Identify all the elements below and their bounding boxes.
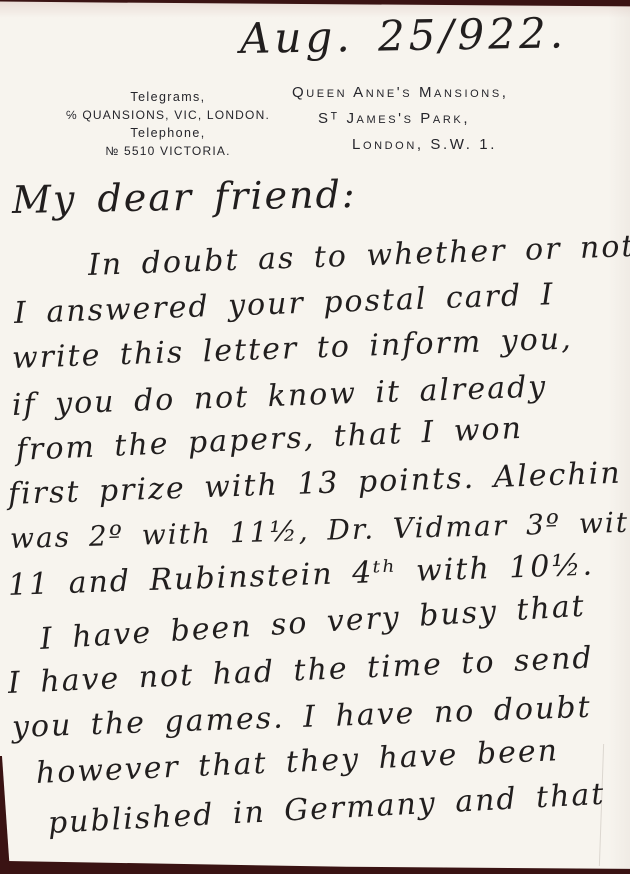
scan-border-left	[0, 756, 11, 874]
letter-scan-page: Aug. 25/922. Queen Anne's Mansions, Sᵀ J…	[0, 0, 630, 874]
letter-date: Aug. 25/922.	[240, 8, 568, 63]
address-line-london: London, S.W. 1.	[352, 136, 497, 153]
letterhead-contact-block: Telegrams, ℅ QUANSIONS, VIC, LONDON. Tel…	[36, 88, 300, 160]
handwritten-line: In doubt as to whether or not	[87, 229, 630, 283]
address-line-mansions: Queen Anne's Mansions,	[292, 84, 509, 101]
handwritten-line: write this letter to inform you,	[11, 321, 573, 376]
telephone-label: Telephone,	[36, 124, 300, 142]
address-line-park: Sᵀ James's Park,	[318, 110, 470, 127]
telegrams-address: ℅ QUANSIONS, VIC, LONDON.	[36, 106, 300, 124]
handwritten-line: was 2º with 11½, Dr. Vidmar 3º with	[10, 505, 630, 555]
scan-border-bottom	[0, 858, 630, 874]
scan-border-top	[0, 0, 630, 8]
telegrams-label: Telegrams,	[36, 88, 300, 106]
letter-salutation: My dear friend:	[12, 172, 357, 222]
telephone-number: № 5510 VICTORIA.	[36, 142, 300, 160]
handwritten-line: I answered your postal card I	[13, 277, 555, 331]
